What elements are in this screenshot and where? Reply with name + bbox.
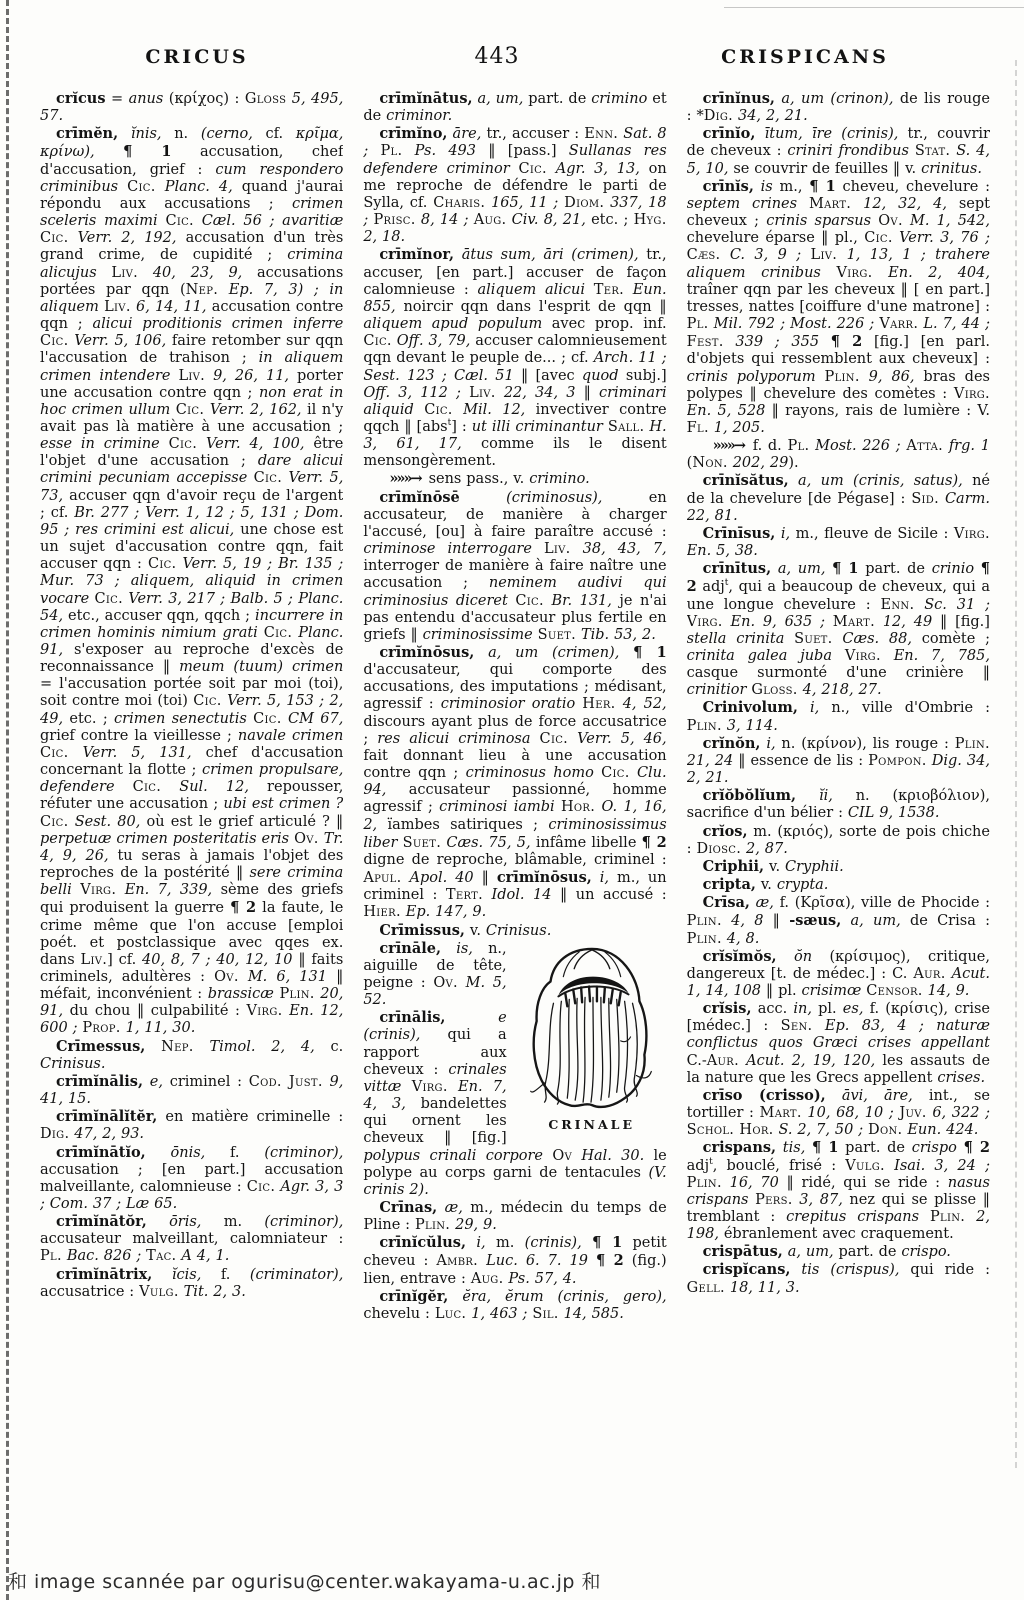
figure-caption: CRINALE (517, 1116, 667, 1133)
dictionary-entry: crĭnŏn, i, n. (κρίνον), lis rouge : Plin… (687, 735, 990, 787)
running-head-right: CRISPICANS (721, 46, 889, 68)
dictionary-entry: crīmĭnor, ātus sum, āri (crimen), tr., a… (363, 246, 666, 470)
running-head-left: CRICUS (145, 46, 248, 68)
dictionary-entry: crĭŏbŏlĭum, ĭi, n. (κριοβόλιον), sacrifi… (687, 787, 990, 822)
dictionary-entry: crīmĭnātĭo, ōnis, f. (criminor), accusat… (40, 1144, 343, 1214)
dictionary-entry: crīmĭnātrix, ĭcis, f. (criminator), accu… (40, 1266, 343, 1301)
scan-artifact-left-edge (6, 0, 9, 1600)
pointing-arrow-icon: »»»→ (389, 470, 423, 487)
dictionary-entry: Crinivolum, i, n., ville d'Ombrie : Plin… (687, 699, 990, 734)
pointing-arrow-icon: »»»→ (713, 437, 747, 454)
dictionary-entry: crīmĭnōsus, a, um (crimen), ¶ 1 d'accusa… (363, 644, 666, 922)
running-head: CRICUS 443 CRISPICANS (0, 46, 1024, 80)
dictionary-entry: crīnĭs, is m., ¶ 1 cheveu, chevelure : s… (687, 178, 990, 437)
scan-artifact-right-edge (1015, 60, 1017, 1468)
dictionary-entry: Crīnīsus, i, m., fleuve de Sicile : Virg… (687, 525, 990, 560)
dictionary-entry: Crīsa, æ, f. (Κρῖσα), ville de Phocide :… (687, 894, 990, 947)
dictionary-entry: crĭos, m. (κριός), sorte de pois chiche … (687, 823, 990, 858)
dictionary-entry: crīmĭnātŏr, ōris, m. (criminor), accusat… (40, 1213, 343, 1265)
dictionary-entry: crispātus, a, um, part. de crispo. (687, 1243, 990, 1261)
dictionary-entry: Crīnas, æ, m., médecin du temps de Pline… (363, 1199, 666, 1234)
dictionary-entry: crīmĭnālis, e, criminel : Cod. Just. 9, … (40, 1073, 343, 1108)
dictionary-entry: crispĭcans, tis (crispus), qui ride : Ge… (687, 1261, 990, 1296)
hair-with-comb-drawing (517, 944, 667, 1114)
dictionary-entry: Crīmessus, Nep. Timol. 2, 4, c. Crinisus… (40, 1038, 343, 1073)
dictionary-entry: crīmĭnālĭtĕr, en matière criminelle : Di… (40, 1108, 343, 1143)
dictionary-entry: Crīmissus, v. Crinisus. (363, 922, 666, 940)
scan-artifact-top-line (724, 7, 1024, 8)
dictionary-entry: crĭsis, acc. in, pl. es, f. (κρίσις), cr… (687, 1000, 990, 1087)
dictionary-entry: Criphii, v. Cryphii. (687, 858, 990, 876)
dictionary-entry: crĭsĭmŏs, ŏn (κρίσιμος), critique, dange… (687, 948, 990, 1000)
dictionary-entry: crīso (crisso), āvi, āre, int., se torti… (687, 1087, 990, 1139)
dictionary-entry: crĭcus = anus (κρίχος) : Gloss 5, 495, 5… (40, 90, 343, 125)
scanner-watermark: 和 image scannée par ogurisu@center.wakay… (8, 1567, 601, 1594)
cross-reference-note: »»»→ f. d. Pl. Most. 226 ; Atta. frg. 1 … (687, 437, 990, 472)
dictionary-entry: crīnĭcŭlus, i, m. (crinis), ¶ 1 petit ch… (363, 1234, 666, 1287)
dictionary-entry: crīnĭnus, a, um (crinon), de lis rouge :… (687, 90, 990, 125)
column-1: crĭcus = anus (κρίχος) : Gloss 5, 495, 5… (40, 90, 343, 1542)
dictionary-entry: crīnītus, a, um, ¶ 1 part. de crinio ¶ 2… (687, 560, 990, 699)
dictionary-entry: crīmĭnātus, a, um, part. de crimino et d… (363, 90, 666, 125)
page-number: 443 (475, 44, 520, 69)
dictionary-entry: crīnĭsătus, a, um (crinis, satus), né de… (687, 472, 990, 524)
dictionary-entry: cripta, v. crypta. (687, 876, 990, 894)
dictionary-entry: crīmĕn, ĭnis, n. (cerno, cf. κρῖμα, κρίν… (40, 125, 343, 1037)
dictionary-entry: crispans, tis, ¶ 1 part. de crispo ¶ 2 a… (687, 1139, 990, 1243)
column-2: crīmĭnātus, a, um, part. de crimino et d… (363, 90, 666, 1542)
crinale-illustration: CRINALE (517, 944, 667, 1133)
dictionary-entry: crīnĭo, ītum, īre (crinis), tr., couvrir… (687, 125, 990, 177)
dictionary-entry: crīmĭno, āre, tr., accuser : Enn. Sat. 8… (363, 125, 666, 246)
cross-reference-note: »»»→ sens pass., v. crimino. (363, 470, 666, 488)
text-columns: crĭcus = anus (κρίχος) : Gloss 5, 495, 5… (40, 90, 990, 1542)
dictionary-entry: crīnĭgĕr, ĕra, ĕrum (crinis, gero), chev… (363, 1288, 666, 1323)
dictionary-entry: crīmĭnōsē (criminosus), en accusateur, d… (363, 489, 666, 644)
scanned-dictionary-page: CRICUS 443 CRISPICANS crĭcus = anus (κρί… (0, 0, 1024, 1600)
column-3: crīnĭnus, a, um (crinon), de lis rouge :… (687, 90, 990, 1542)
